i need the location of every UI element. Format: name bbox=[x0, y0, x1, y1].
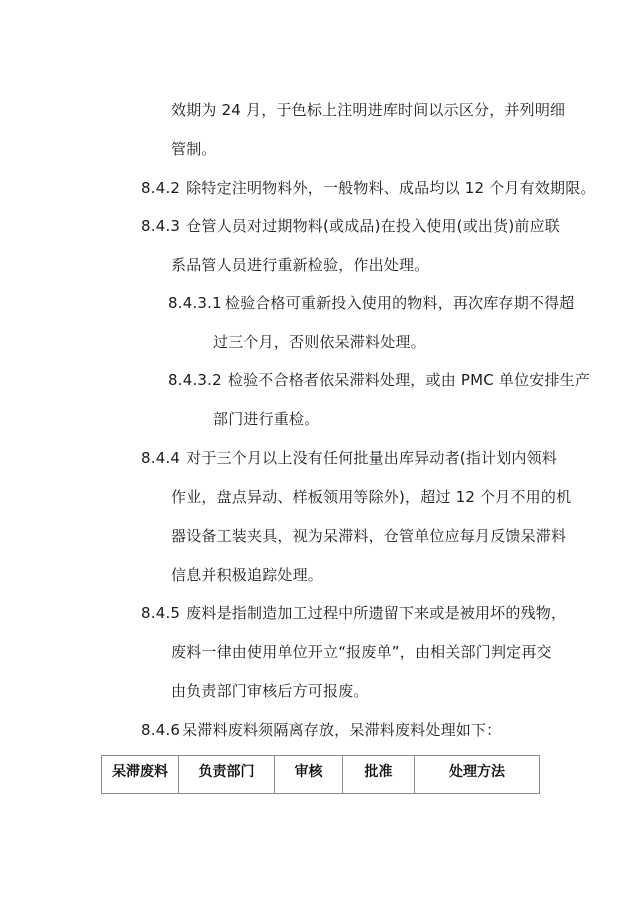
table-header-row: 呆滞废料 负责部门 审核 批准 处理方法 bbox=[102, 756, 540, 794]
clause-text: 对于三个月以上没有任何批量出库异动者(指计划内领料 bbox=[186, 449, 557, 467]
clause-text: 检验不合格者依呆滞料处理，或由 PMC 单位安排生产 bbox=[228, 371, 590, 389]
waste-processing-table: 呆滞废料 负责部门 审核 批准 处理方法 bbox=[101, 755, 540, 794]
clause-8-4-3-2: 8.4.3.2检验不合格者依呆滞料处理，或由 PMC 单位安排生产 bbox=[168, 370, 590, 390]
paragraph-continuation-line-1: 效期为 24 月，于色标上注明进库时间以示区分，并列明细 bbox=[171, 100, 565, 120]
clause-number: 8.4.2 bbox=[141, 179, 180, 197]
header-stagnant-waste: 呆滞废料 bbox=[102, 756, 179, 794]
clause-8-4-6: 8.4.6呆滞料废料须隔离存放，呆滞料废料处理如下： bbox=[141, 720, 501, 740]
clause-text: 除特定注明物料外，一般物料、成品均以 12 个月有效期限。 bbox=[186, 179, 595, 197]
clause-text: 废料是指制造加工过程中所遗留下来或是被用坏的残物， bbox=[186, 604, 566, 622]
header-review: 审核 bbox=[275, 756, 343, 794]
clause-number: 8.4.3 bbox=[141, 217, 180, 235]
clause-text: 检验合格可重新投入使用的物料，再次库存期不得超 bbox=[225, 294, 575, 312]
clause-8-4-4-continuation-3: 信息并积极追踪处理。 bbox=[171, 565, 323, 585]
clause-text: 呆滞料废料须隔离存放，呆滞料废料处理如下： bbox=[182, 721, 501, 739]
clause-number: 8.4.3.2 bbox=[168, 371, 222, 389]
paragraph-continuation-line-2: 管制。 bbox=[171, 139, 217, 159]
clause-8-4-5: 8.4.5废料是指制造加工过程中所遗留下来或是被用坏的残物， bbox=[141, 603, 566, 623]
clause-8-4-4: 8.4.4对于三个月以上没有任何批量出库异动者(指计划内领料 bbox=[141, 448, 557, 468]
clause-8-4-3-continuation: 系品管人员进行重新检验，作出处理。 bbox=[171, 255, 429, 275]
clause-8-4-4-continuation-1: 作业，盘点异动、样板领用等除外)，超过 12 个月不用的机 bbox=[171, 487, 571, 507]
header-approval: 批准 bbox=[343, 756, 415, 794]
clause-number: 8.4.5 bbox=[141, 604, 180, 622]
clause-number: 8.4.4 bbox=[141, 449, 180, 467]
clause-8-4-3-1-continuation: 过三个月，否则依呆滞料处理。 bbox=[213, 332, 426, 352]
clause-number: 8.4.3.1 bbox=[168, 294, 222, 312]
clause-text: 仓管人员对过期物料(或成品)在投入使用(或出货)前应联 bbox=[186, 217, 560, 235]
header-responsible-dept: 负责部门 bbox=[179, 756, 275, 794]
clause-8-4-5-continuation-2: 由负责部门审核后方可报废。 bbox=[171, 681, 369, 701]
clause-8-4-3-2-continuation: 部门进行重检。 bbox=[213, 409, 319, 429]
header-processing-method: 处理方法 bbox=[415, 756, 540, 794]
clause-number: 8.4.6 bbox=[141, 721, 180, 739]
clause-8-4-5-continuation-1: 废料一律由使用单位开立“报废单”，由相关部门判定再交 bbox=[171, 642, 552, 662]
clause-8-4-3: 8.4.3仓管人员对过期物料(或成品)在投入使用(或出货)前应联 bbox=[141, 216, 560, 236]
clause-8-4-3-1: 8.4.3.1检验合格可重新投入使用的物料，再次库存期不得超 bbox=[168, 293, 575, 313]
clause-8-4-4-continuation-2: 器设备工装夹具，视为呆滞料，仓管单位应每月反馈呆滞料 bbox=[171, 526, 566, 546]
clause-8-4-2: 8.4.2除特定注明物料外，一般物料、成品均以 12 个月有效期限。 bbox=[141, 178, 596, 198]
